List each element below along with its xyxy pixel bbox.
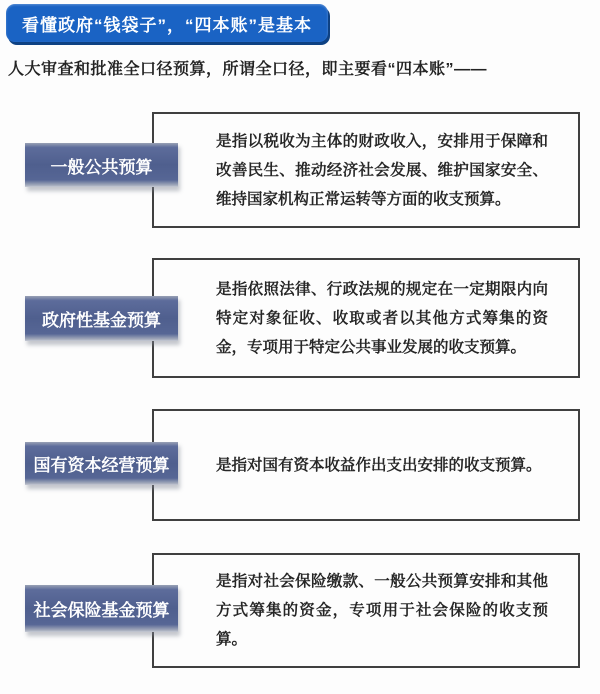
definition-box: 是指对国有资本收益作出支出安排的收支预算。 bbox=[152, 409, 580, 521]
four-budgets-infographic: 看懂政府“钱袋子”，“四本账”是基本 人大审查和批准全口径预算，所谓全口径，即主… bbox=[0, 0, 600, 694]
definition-box: 是指依照法律、行政法规的规定在一定期限内向特定对象征收、收取或者以其他方式筹集的… bbox=[152, 258, 580, 378]
budget-label: 政府性基金预算 bbox=[25, 296, 178, 341]
header-badge: 看懂政府“钱袋子”，“四本账”是基本 bbox=[6, 4, 328, 42]
budget-label: 国有资本经营预算 bbox=[25, 442, 178, 485]
budget-label: 一般公共预算 bbox=[25, 143, 178, 187]
intro-text: 人大审查和批准全口径预算，所谓全口径，即主要看“四本账”—— bbox=[8, 56, 487, 79]
definition-text: 是指对国有资本收益作出支出安排的收支预算。 bbox=[216, 451, 548, 480]
definition-box: 是指以税收为主体的财政收入，安排用于保障和改善民生、推动经济社会发展、维护国家安… bbox=[152, 112, 580, 228]
definition-text: 是指以税收为主体的财政收入，安排用于保障和改善民生、推动经济社会发展、维护国家安… bbox=[216, 127, 548, 214]
definition-box: 是指对社会保险缴款、一般公共预算安排和其他方式筹集的资金，专项用于社会保险的收支… bbox=[152, 553, 580, 668]
budget-label: 社会保险基金预算 bbox=[25, 585, 178, 632]
definition-text: 是指对社会保险缴款、一般公共预算安排和其他方式筹集的资金，专项用于社会保险的收支… bbox=[216, 567, 548, 654]
header-badge-text: 看懂政府“钱袋子”，“四本账”是基本 bbox=[22, 11, 312, 36]
definition-text: 是指依照法律、行政法规的规定在一定期限内向特定对象征收、收取或者以其他方式筹集的… bbox=[216, 275, 548, 362]
